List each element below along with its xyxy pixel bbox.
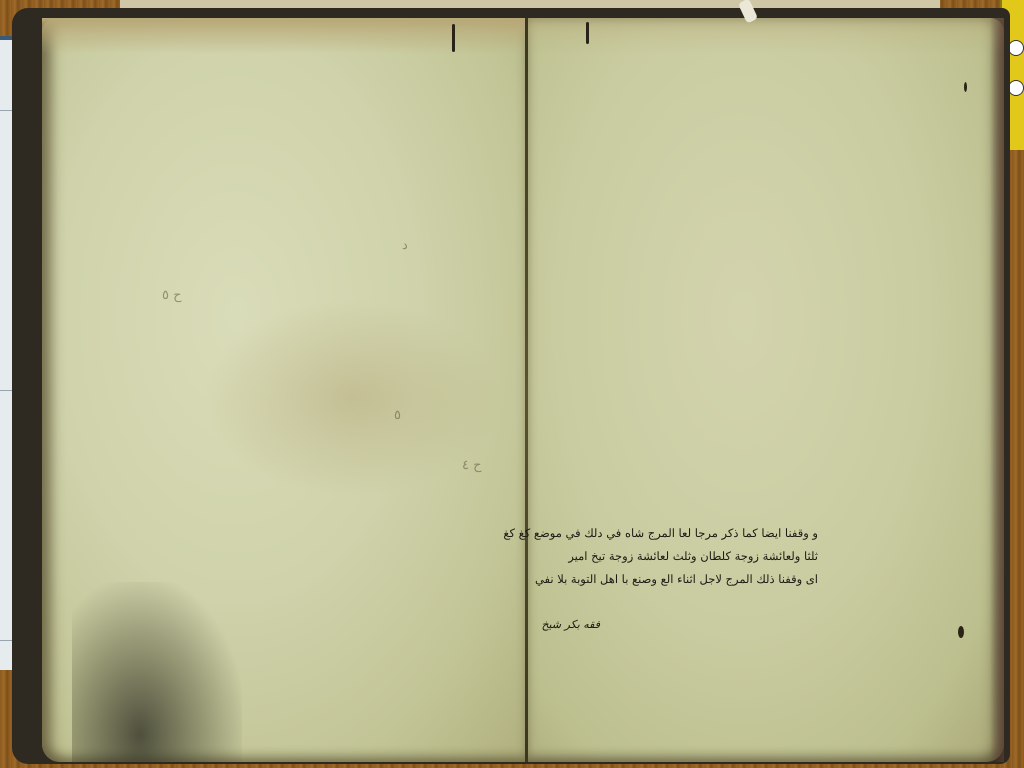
bleed-through-mark: ح ٥ — [162, 288, 182, 303]
bleed-through-mark: ٥ — [394, 408, 401, 423]
page-edge-wear — [990, 18, 1004, 762]
inscription-line: اى وقفنا ذلك المرج لاجل اثناء الع وصنع ب… — [538, 568, 818, 591]
label-dot — [1008, 40, 1024, 56]
binding-staple — [452, 24, 455, 52]
inscription-line: ثلثا ولعائشة زوجة كلطان وثلث لعائشة زوجة… — [538, 545, 818, 568]
water-stain — [528, 18, 1004, 54]
left-page: ح ٥ د ٥ ح ٤ — [42, 18, 526, 762]
manuscript-photo: سوق الس بر رس ٢٧ X ٢ صيلية ٧ الشرع ن عم … — [0, 0, 1024, 768]
bleed-through-mark: ح ٤ — [462, 458, 482, 473]
signature: فقه بكر شيخ — [540, 618, 600, 631]
right-page — [528, 18, 1004, 762]
waqf-inscription: و وقفنا ايضا كما ذكر مرجا لعا المرج شاه … — [538, 522, 818, 591]
book-cover: ح ٥ د ٥ ح ٤ — [12, 8, 1010, 764]
binding-staple — [586, 22, 589, 44]
mold-stain — [72, 582, 242, 762]
ink-speck — [958, 626, 964, 638]
foxing-stain — [202, 298, 502, 498]
ink-speck — [964, 82, 967, 92]
inscription-line: و وقفنا ايضا كما ذكر مرجا لعا المرج شاه … — [538, 522, 818, 545]
bleed-through-mark: د — [402, 238, 408, 253]
label-dot — [1008, 80, 1024, 96]
